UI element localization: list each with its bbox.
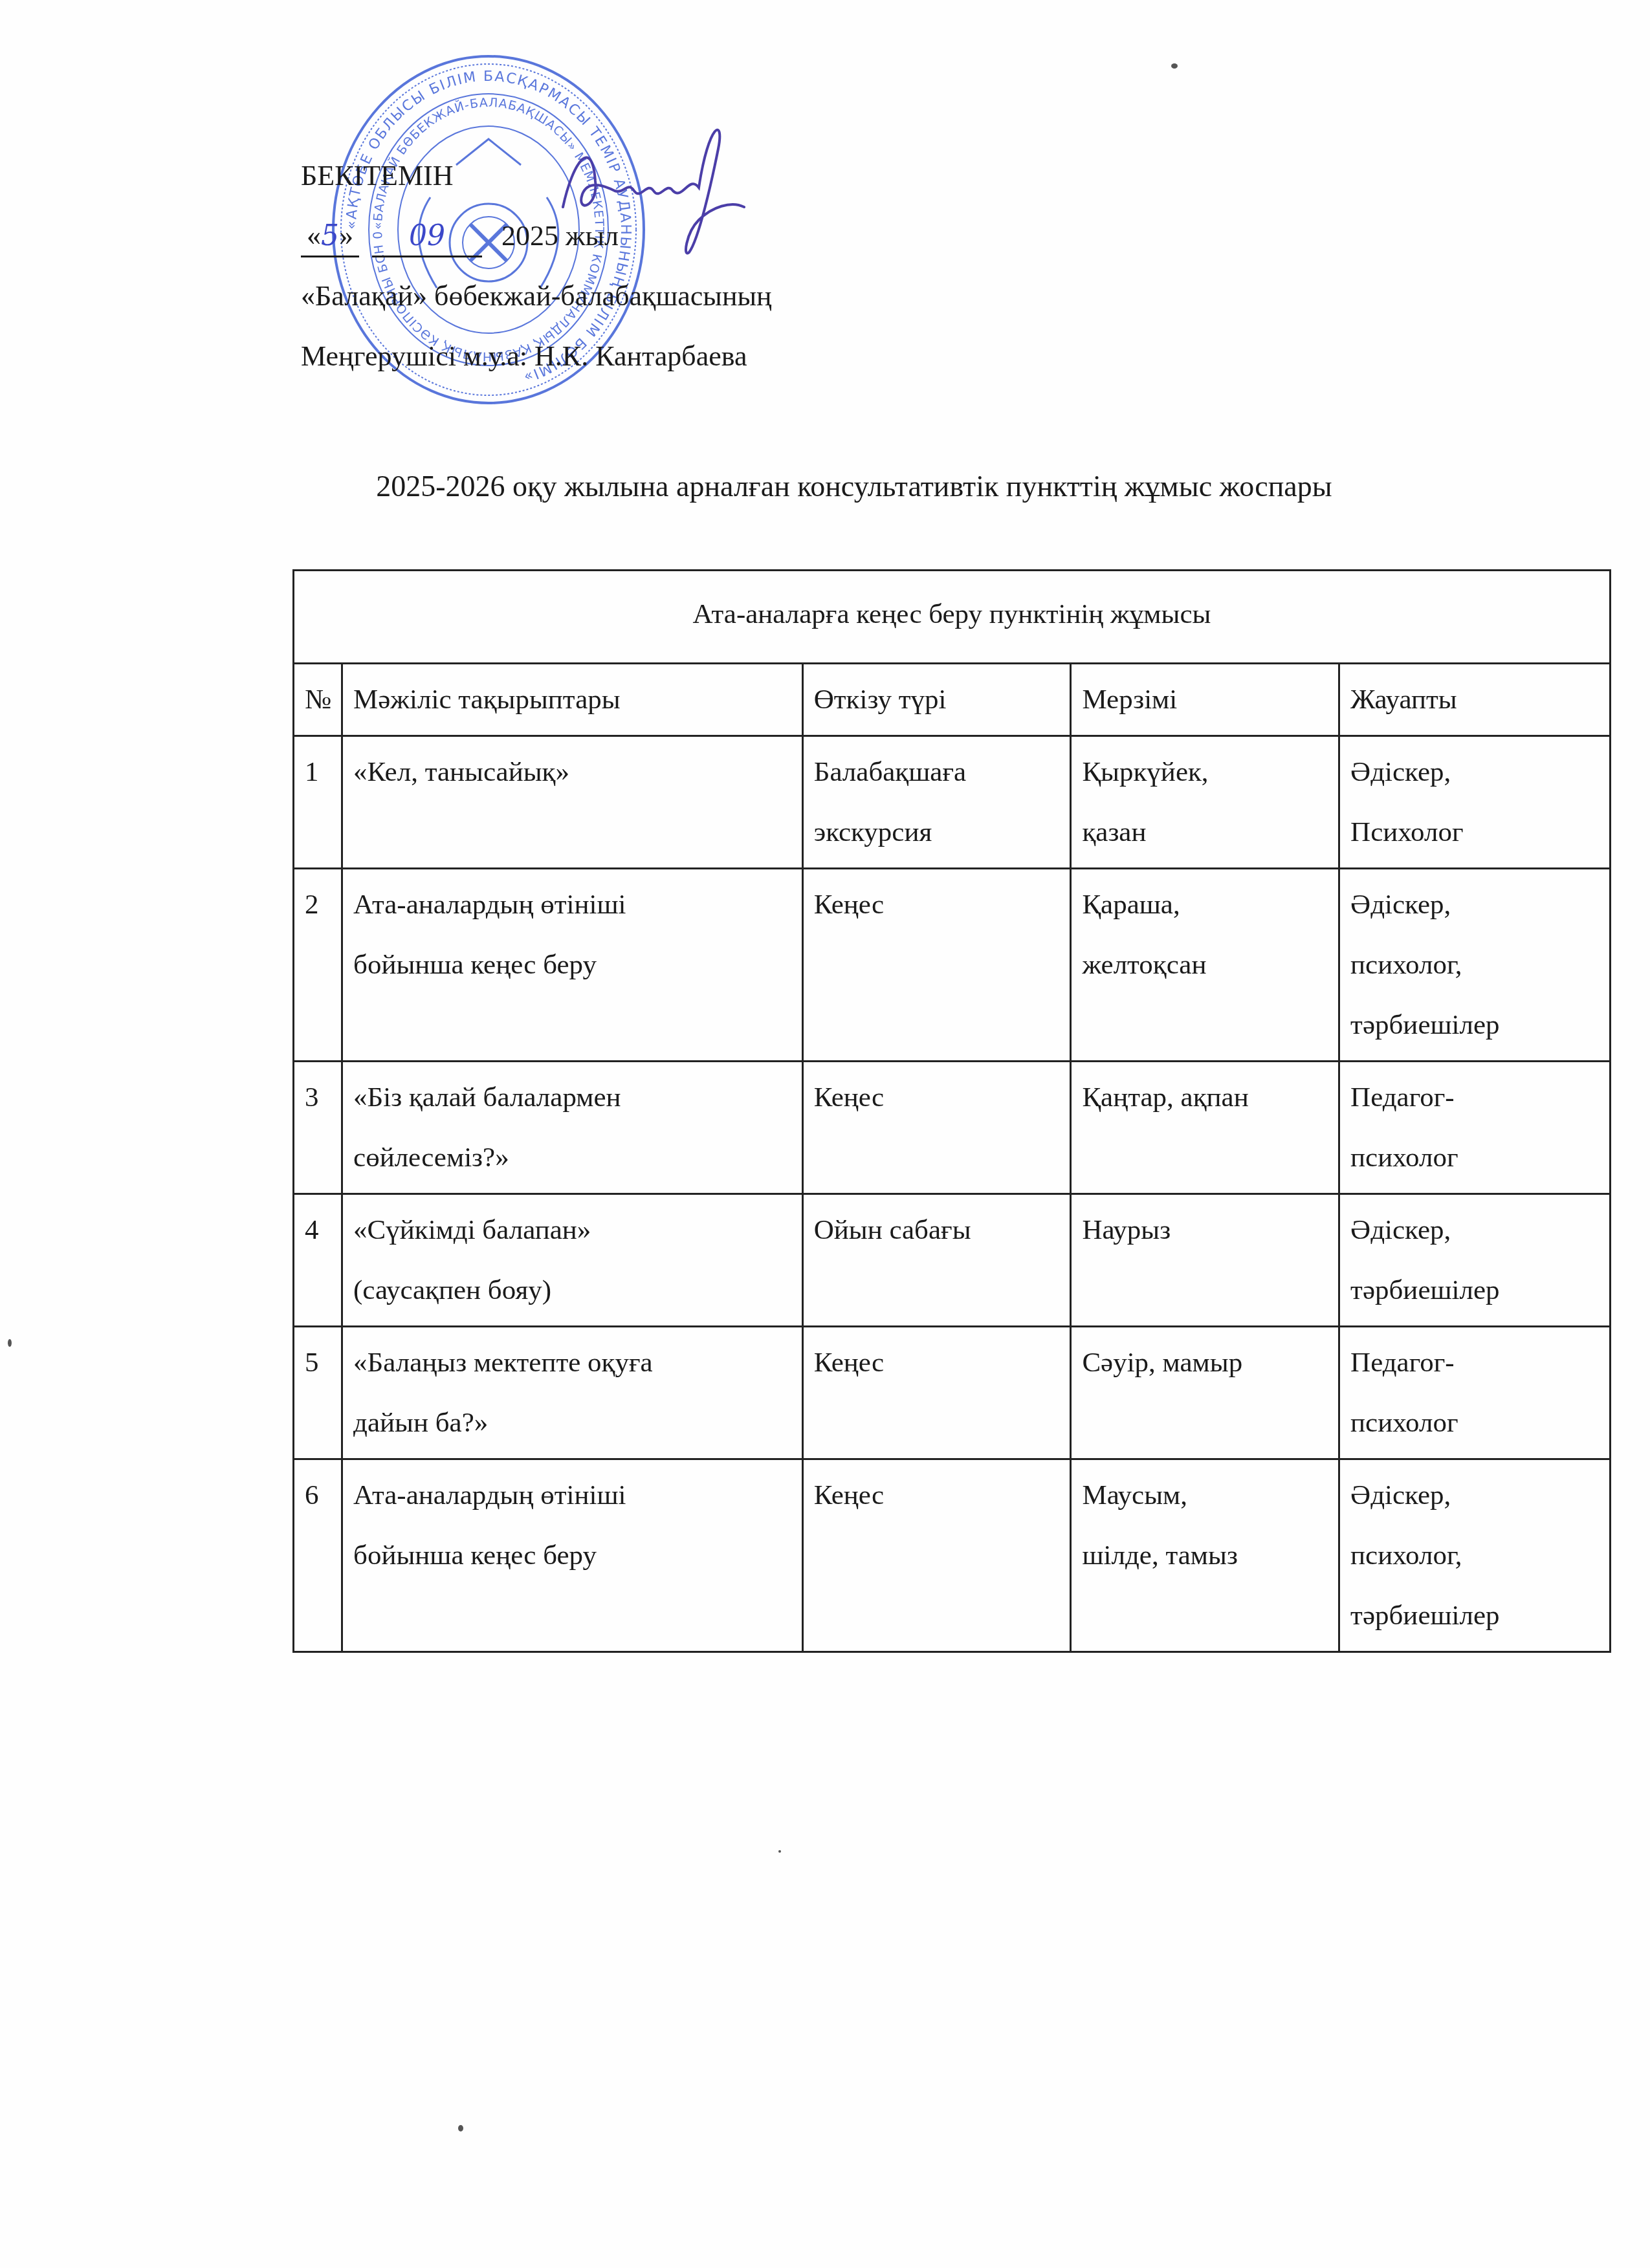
header-term: Мерзімі bbox=[1071, 664, 1339, 736]
cell-topic-line: Ата-аналардың өтініші bbox=[353, 1465, 794, 1525]
cell-num: 4 bbox=[294, 1194, 342, 1327]
header-topic: Мәжіліс тақырыптары bbox=[342, 664, 803, 736]
cell-responsible-line: психолог, bbox=[1350, 1525, 1601, 1586]
cell-type-line: экскурсия bbox=[814, 802, 1062, 862]
cell-responsible-line: Педагог- bbox=[1350, 1333, 1601, 1393]
cell-num: 5 bbox=[294, 1327, 342, 1459]
cell-topic-line: бойынша кеңес беру bbox=[353, 1525, 794, 1586]
table-row: 1«Кел, танысайық»БалабақшағаэкскурсияҚыр… bbox=[294, 736, 1611, 869]
cell-type-line: Кеңес bbox=[814, 1333, 1062, 1393]
cell-topic: «Кел, танысайық» bbox=[342, 736, 803, 869]
cell-term: Наурыз bbox=[1071, 1194, 1339, 1327]
approval-heading: БЕКІТЕМІН bbox=[301, 146, 772, 206]
approval-institution: «Балақай» бөбекжай-балабақшасының bbox=[301, 266, 772, 326]
cell-topic-line: бойынша кеңес беру bbox=[353, 935, 794, 995]
cell-num: 1 bbox=[294, 736, 342, 869]
document-title: 2025-2026 оқу жылына арналған консультат… bbox=[0, 469, 1650, 503]
cell-type: Ойын сабағы bbox=[802, 1194, 1071, 1327]
cell-topic-line: «Біз қалай балалармен bbox=[353, 1067, 794, 1128]
cell-responsible: Әдіскер,Психолог bbox=[1339, 736, 1611, 869]
scan-speck bbox=[778, 1850, 781, 1853]
cell-responsible-line: психолог bbox=[1350, 1128, 1601, 1188]
table-caption-row: Ата-аналарға кеңес беру пунктінің жұмысы bbox=[294, 571, 1611, 664]
consultation-plan-table: Ата-аналарға кеңес беру пунктінің жұмысы… bbox=[292, 569, 1611, 1653]
cell-responsible-line: психолог, bbox=[1350, 935, 1601, 995]
cell-responsible-line: Психолог bbox=[1350, 802, 1601, 862]
cell-responsible-line: тәрбиешілер bbox=[1350, 1260, 1601, 1320]
cell-term-line: Қыркүйек, bbox=[1082, 742, 1330, 802]
cell-responsible-line: психолог bbox=[1350, 1393, 1601, 1453]
cell-responsible: Педагог-психолог bbox=[1339, 1327, 1611, 1459]
cell-responsible-line: Әдіскер, bbox=[1350, 742, 1601, 802]
cell-topic-line: сөйлесеміз?» bbox=[353, 1128, 794, 1188]
table-row: 6Ата-аналардың өтінішібойынша кеңес беру… bbox=[294, 1459, 1611, 1652]
cell-responsible-line: Әдіскер, bbox=[1350, 1465, 1601, 1525]
cell-type-line: Балабақшаға bbox=[814, 742, 1062, 802]
cell-responsible-line: Педагог- bbox=[1350, 1067, 1601, 1128]
cell-topic: «Балаңыз мектепте оқуғадайын ба?» bbox=[342, 1327, 803, 1459]
cell-topic-line: Ата-аналардың өтініші bbox=[353, 875, 794, 935]
cell-num: 6 bbox=[294, 1459, 342, 1652]
scan-speck bbox=[458, 2125, 463, 2132]
table-row: 5«Балаңыз мектепте оқуғадайын ба?»КеңесС… bbox=[294, 1327, 1611, 1459]
cell-type: Балабақшағаэкскурсия bbox=[802, 736, 1071, 869]
cell-term-line: желтоқсан bbox=[1082, 935, 1330, 995]
cell-term: Қаңтар, ақпан bbox=[1071, 1062, 1339, 1194]
approval-signatory: Меңгерушісі м.у.а: Н.К. Кантарбаева bbox=[301, 326, 772, 386]
cell-num: 2 bbox=[294, 869, 342, 1062]
approval-block: БЕКІТЕМІН «5»092025 жыл «Балақай» бөбекж… bbox=[301, 146, 772, 386]
table-caption: Ата-аналарға кеңес беру пунктінің жұмысы bbox=[294, 571, 1611, 664]
scan-speck bbox=[1171, 63, 1178, 69]
cell-topic: Ата-аналардың өтінішібойынша кеңес беру bbox=[342, 1459, 803, 1652]
cell-type-line: Кеңес bbox=[814, 1465, 1062, 1525]
cell-responsible: Әдіскер,психолог,тәрбиешілер bbox=[1339, 1459, 1611, 1652]
cell-topic-line: «Сүйкімді балапан» bbox=[353, 1200, 794, 1260]
cell-responsible: Әдіскер,психолог,тәрбиешілер bbox=[1339, 869, 1611, 1062]
cell-topic-line: дайын ба?» bbox=[353, 1393, 794, 1453]
approval-date-year: 2025 жыл bbox=[501, 220, 619, 252]
approval-date: «5»092025 жыл bbox=[301, 206, 772, 266]
cell-type: Кеңес bbox=[802, 1327, 1071, 1459]
cell-type: Кеңес bbox=[802, 1062, 1071, 1194]
cell-responsible-line: тәрбиешілер bbox=[1350, 995, 1601, 1055]
header-num: № bbox=[294, 664, 342, 736]
cell-term-line: Маусым, bbox=[1082, 1465, 1330, 1525]
cell-term-line: қазан bbox=[1082, 802, 1330, 862]
cell-term-line: шілде, тамыз bbox=[1082, 1525, 1330, 1586]
header-type: Өткізу түрі bbox=[802, 664, 1071, 736]
table-body: 1«Кел, танысайық»БалабақшағаэкскурсияҚыр… bbox=[294, 736, 1611, 1652]
cell-responsible: Әдіскер,тәрбиешілер bbox=[1339, 1194, 1611, 1327]
cell-term: Сәуір, мамыр bbox=[1071, 1327, 1339, 1459]
cell-type-line: Ойын сабағы bbox=[814, 1200, 1062, 1260]
cell-num: 3 bbox=[294, 1062, 342, 1194]
table-header-row: № Мәжіліс тақырыптары Өткізу түрі Мерзім… bbox=[294, 664, 1611, 736]
cell-topic-line: (саусақпен бояу) bbox=[353, 1260, 794, 1320]
table-row: 4«Сүйкімді балапан»(саусақпен бояу)Ойын … bbox=[294, 1194, 1611, 1327]
approval-date-day: «5» bbox=[301, 217, 359, 257]
table-row: 2Ата-аналардың өтінішібойынша кеңес беру… bbox=[294, 869, 1611, 1062]
approval-date-month: 09 bbox=[372, 217, 482, 257]
cell-type-line: Кеңес bbox=[814, 875, 1062, 935]
cell-responsible-line: Әдіскер, bbox=[1350, 1200, 1601, 1260]
cell-term: Қараша,желтоқсан bbox=[1071, 869, 1339, 1062]
cell-term-line: Сәуір, мамыр bbox=[1082, 1333, 1330, 1393]
cell-term-line: Қаңтар, ақпан bbox=[1082, 1067, 1330, 1128]
header-responsible: Жауапты bbox=[1339, 664, 1611, 736]
cell-term-line: Наурыз bbox=[1082, 1200, 1330, 1260]
cell-type: Кеңес bbox=[802, 869, 1071, 1062]
cell-term-line: Қараша, bbox=[1082, 875, 1330, 935]
cell-type-line: Кеңес bbox=[814, 1067, 1062, 1128]
table-row: 3«Біз қалай балаларменсөйлесеміз?»КеңесҚ… bbox=[294, 1062, 1611, 1194]
cell-type: Кеңес bbox=[802, 1459, 1071, 1652]
cell-topic-line: «Балаңыз мектепте оқуға bbox=[353, 1333, 794, 1393]
cell-responsible-line: Әдіскер, bbox=[1350, 875, 1601, 935]
scan-speck bbox=[8, 1339, 12, 1347]
cell-term: Маусым,шілде, тамыз bbox=[1071, 1459, 1339, 1652]
document-page: «АҚТӨБЕ ОБЛЫСЫ БІЛІМ БАСҚАРМАСЫ ТЕМІР АУ… bbox=[0, 0, 1650, 2268]
cell-responsible: Педагог-психолог bbox=[1339, 1062, 1611, 1194]
cell-topic: Ата-аналардың өтінішібойынша кеңес беру bbox=[342, 869, 803, 1062]
cell-responsible-line: тәрбиешілер bbox=[1350, 1586, 1601, 1646]
cell-topic-line: «Кел, танысайық» bbox=[353, 742, 794, 802]
cell-topic: «Сүйкімді балапан»(саусақпен бояу) bbox=[342, 1194, 803, 1327]
cell-term: Қыркүйек,қазан bbox=[1071, 736, 1339, 869]
cell-topic: «Біз қалай балаларменсөйлесеміз?» bbox=[342, 1062, 803, 1194]
